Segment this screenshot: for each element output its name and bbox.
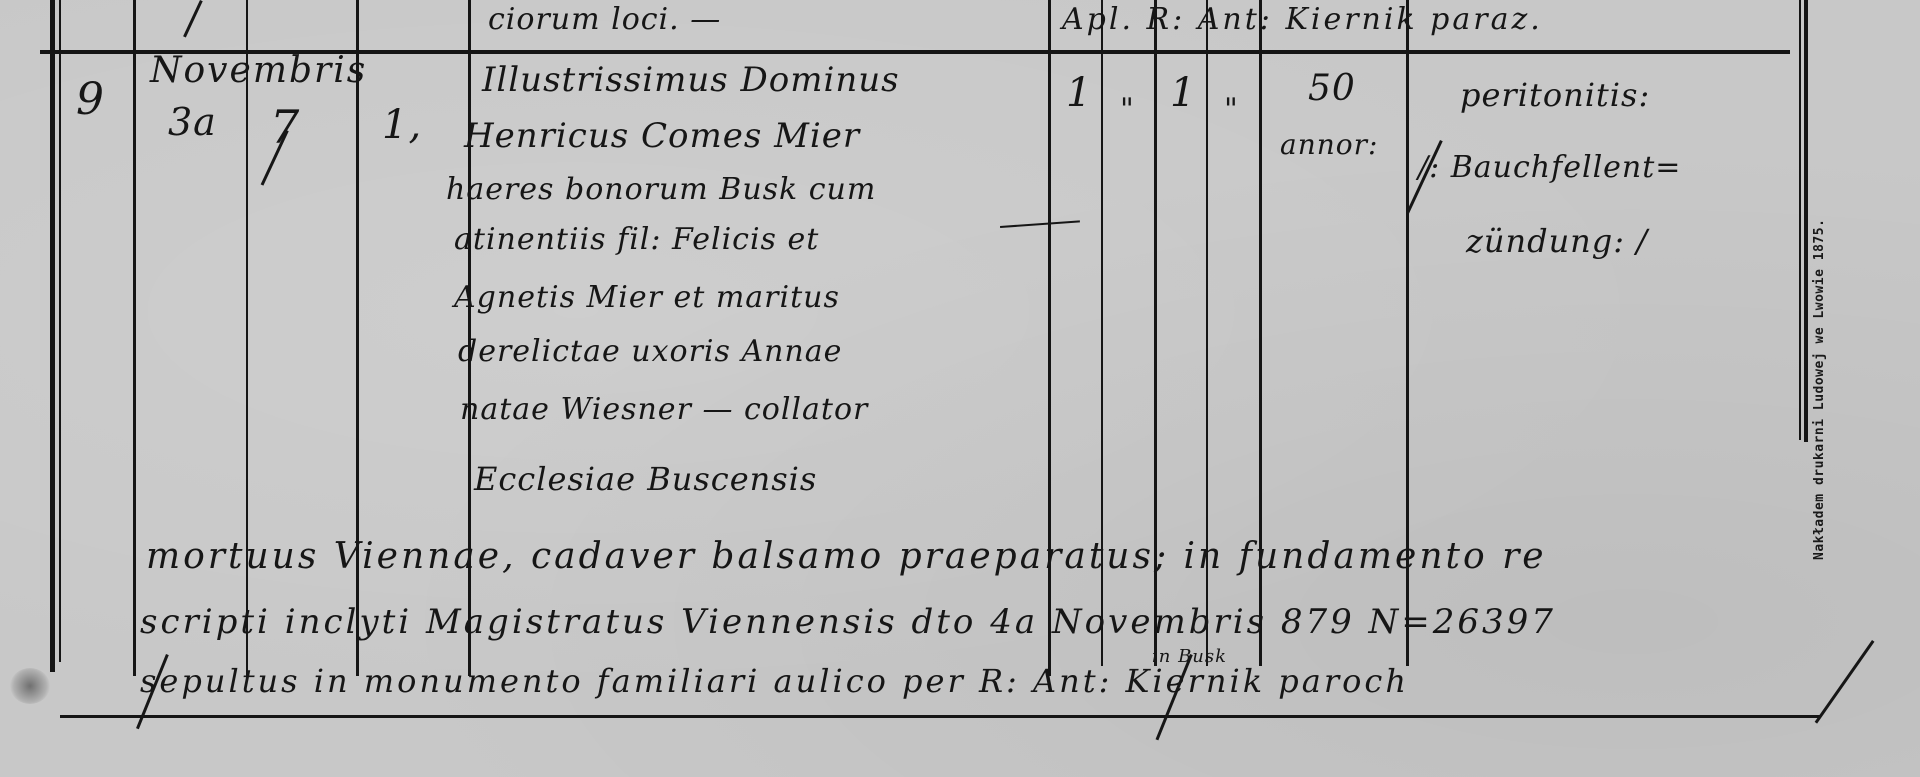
age-unit: annor: <box>1280 128 1378 161</box>
name-underline-flourish <box>1000 220 1080 228</box>
sex-male: 1 <box>1170 70 1196 116</box>
previous-entry-priest-tail: Apl. R: Ant: Kiernik paraz. <box>1062 2 1543 37</box>
column-rule-number <box>133 0 136 676</box>
religion-catholic: 1 <box>1066 70 1092 116</box>
age-value: 50 <box>1308 68 1356 109</box>
deceased-line-3: haeres bonorum Busk cum <box>446 172 876 207</box>
previous-entry-flourish <box>183 0 203 38</box>
death-month: Novembris <box>150 50 367 91</box>
burial-day: 7 <box>270 100 300 154</box>
ink-smudge <box>10 668 50 704</box>
remarks-line-2: scripti inclyti Magistratus Viennensis d… <box>140 602 1556 642</box>
right-border-thin <box>1799 0 1801 440</box>
deceased-line-7: natae Wiesner — collator <box>460 392 868 427</box>
previous-entry-names-tail: ciorum loci. — <box>488 2 721 37</box>
left-border-thin <box>59 0 61 662</box>
left-border-thick <box>50 0 55 672</box>
cause-of-death-line-1: peritonitis: <box>1460 76 1650 114</box>
deceased-line-2: Henricus Comes Mier <box>464 116 860 156</box>
deceased-line-4: atinentiis fil: Felicis et <box>454 222 819 257</box>
sex-ditto-mark: " <box>1224 92 1239 127</box>
deceased-line-8: Ecclesiae Buscensis <box>474 460 817 498</box>
religion-ditto-mark: " <box>1120 92 1135 127</box>
entry-number: 9 <box>76 74 105 125</box>
remarks-line-3: sepultus in monumento familiari aulico p… <box>140 662 1409 700</box>
cause-of-death-line-3: zündung: / <box>1466 222 1648 260</box>
bottom-row-rule <box>60 715 1820 718</box>
cause-of-death-line-2: /: Bauchfellent= <box>1418 150 1681 185</box>
printer-imprint: Nakładem drukarni Ludowej we Lwowie 1875… <box>1812 219 1827 560</box>
register-page: ciorum loci. — Apl. R: Ant: Kiernik para… <box>0 0 1920 777</box>
deceased-line-5: Agnetis Mier et maritus <box>454 280 840 315</box>
remarks-line-1: mortuus Viennae, cadaver balsamo praepar… <box>146 536 1547 577</box>
death-day: 3a <box>168 100 217 144</box>
deceased-line-6: derelictae uxoris Annae <box>458 334 842 369</box>
deceased-line-1: Illustrissimus Dominus <box>482 60 900 100</box>
house-number: 1, <box>382 102 422 148</box>
right-border-thick <box>1804 0 1808 442</box>
remarks-slash-3 <box>1815 640 1875 724</box>
